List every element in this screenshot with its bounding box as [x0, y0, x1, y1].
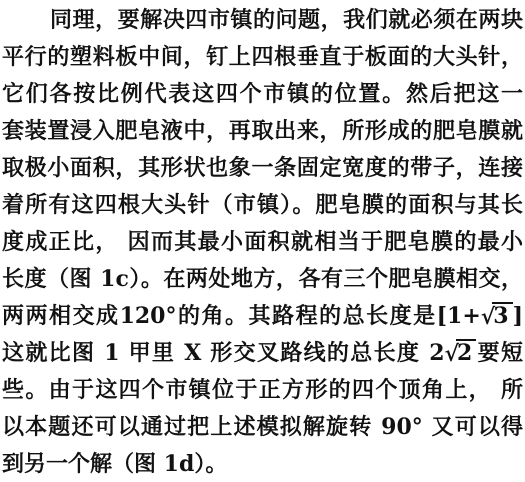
text-line-6: 着所有这四根大头针（市镇）。肥皂膜的面积与其长: [2, 187, 523, 224]
text-line-4: 套装置浸入肥皂液中，再取出来，所形成的肥皂膜就: [2, 113, 523, 150]
formula-text-before: 两两相交成120°的角。其路程的总长度是[1+: [2, 303, 481, 329]
square-root-icon: √: [481, 299, 495, 335]
formula-text-after: ]: [513, 303, 523, 329]
text-line-5: 取极小面积，其形状也象一条固定宽度的带子，连接: [2, 150, 523, 187]
document-page: 同理，要解决四市镇的问题，我们就必须在两块 平行的塑料板中间，钉上四根垂直于板面…: [0, 0, 525, 482]
formula-text-after: 要短: [476, 340, 523, 366]
radicand-value: 3: [492, 302, 512, 327]
radicand-value: 2: [456, 339, 476, 364]
text-line-2: 平行的塑料板中间，钉上四根垂直于板面的大头针，: [2, 39, 523, 76]
text-line-12: 以本题还可以通过把上述模拟解旋转 90° 又可以得: [2, 409, 523, 446]
text-line-10-formula: 这就比图 1 甲里 X 形交叉路线的总长度 2√2要短: [2, 335, 523, 372]
text-line-8: 长度（图 1c）。在两处地方，各有三个肥皂膜相交，: [2, 261, 523, 298]
text-line-7: 度成正比， 因而其最小面积就相当于肥皂膜的最小: [2, 224, 523, 261]
text-line-9-formula: 两两相交成120°的角。其路程的总长度是[1+√3]: [2, 298, 523, 335]
formula-text-before: 这就比图 1 甲里 X 形交叉路线的总长度 2: [2, 340, 445, 366]
text-line-13: 到另一个解（图 1d）。: [2, 446, 523, 482]
text-line-3: 它们各按比例代表这四个市镇的位置。然后把这一: [2, 76, 523, 113]
text-line-11: 些。由于这四个市镇位于正方形的四个顶角上， 所: [2, 372, 523, 409]
square-root-icon: √: [445, 336, 459, 372]
text-line-1: 同理，要解决四市镇的问题，我们就必须在两块: [2, 2, 523, 39]
